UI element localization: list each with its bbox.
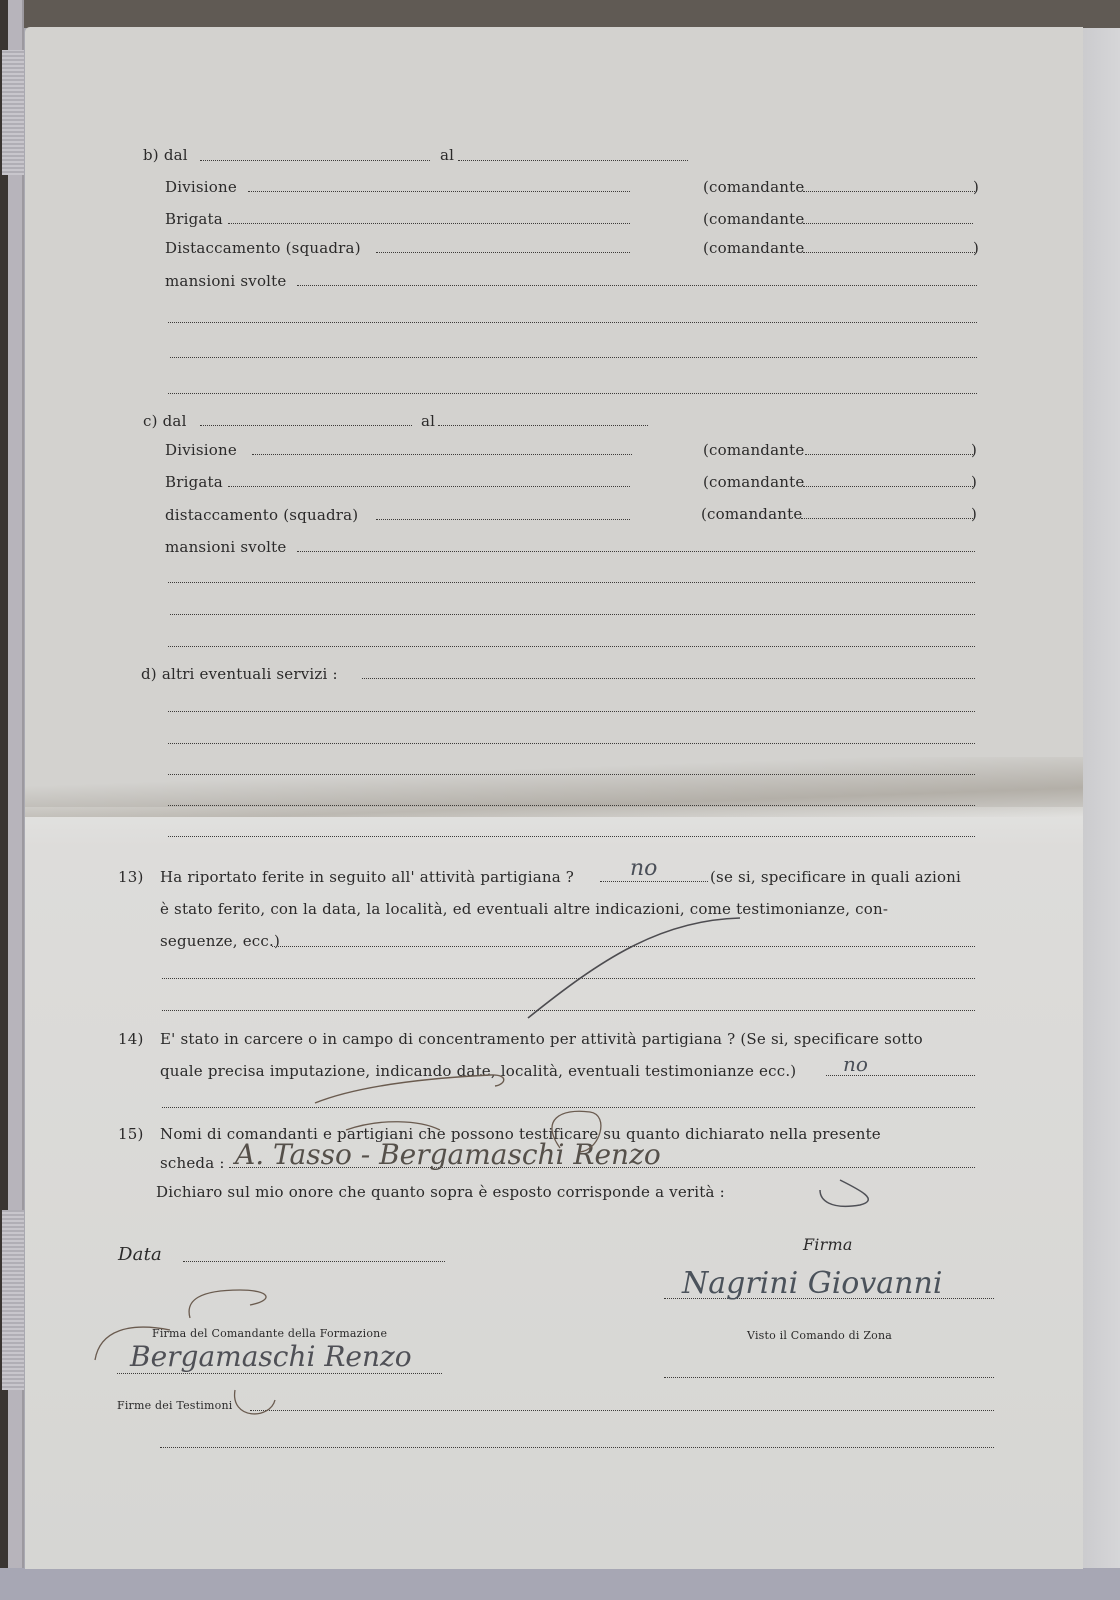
section-c-al-label: al bbox=[421, 412, 435, 430]
section-c-distaccamento-comandante-label: (comandante bbox=[701, 505, 802, 523]
section-b-al-field[interactable] bbox=[458, 160, 688, 161]
section-c-brigata-comandante-field[interactable] bbox=[803, 486, 973, 487]
section-b-divisione-field[interactable] bbox=[248, 191, 630, 192]
q14-text-line1: E' stato in carcere o in campo di concen… bbox=[160, 1030, 923, 1048]
section-c-distaccamento-label: distaccamento (squadra) bbox=[165, 506, 358, 524]
section-b-al-label: al bbox=[440, 146, 454, 164]
section-b-dal-field[interactable] bbox=[200, 160, 430, 161]
q13-details-line[interactable] bbox=[162, 1010, 975, 1011]
section-c-distaccamento-comandante-field[interactable] bbox=[801, 518, 973, 519]
close-paren: ) bbox=[971, 505, 977, 523]
section-d-line[interactable] bbox=[168, 711, 975, 712]
q13-answer-field[interactable] bbox=[600, 881, 708, 882]
q13-text-line3: seguenze, ecc.) bbox=[160, 932, 280, 950]
section-d-field[interactable] bbox=[362, 678, 975, 679]
q13-details-field[interactable] bbox=[272, 946, 975, 947]
section-c-divisione-label: Divisione bbox=[165, 441, 237, 459]
binding-tape bbox=[2, 1210, 24, 1390]
background-shadow bbox=[24, 0, 1120, 28]
section-c-mansioni-line[interactable] bbox=[168, 646, 975, 647]
section-c-mansioni-field[interactable] bbox=[297, 551, 975, 552]
firma-signature: Nagrini Giovanni bbox=[682, 1266, 942, 1301]
q13-text-line2: è stato ferito, con la data, la località… bbox=[160, 900, 888, 918]
q13-details-line[interactable] bbox=[162, 978, 975, 979]
page-fold-shadow bbox=[25, 757, 1083, 817]
q13-answer: no bbox=[630, 856, 657, 881]
section-d-line[interactable] bbox=[168, 743, 975, 744]
visto-comando-label: Visto il Comando di Zona bbox=[747, 1327, 892, 1345]
section-c-brigata-field[interactable] bbox=[228, 486, 630, 487]
firma-label: Firma bbox=[803, 1236, 853, 1254]
section-c-divisione-comandante-field[interactable] bbox=[805, 454, 973, 455]
section-b-divisione-comandante-label: (comandante bbox=[703, 178, 804, 196]
close-paren: ) bbox=[971, 441, 977, 459]
section-d-line[interactable] bbox=[168, 836, 975, 837]
q13-number: 13) bbox=[118, 868, 144, 886]
declaration-text: Dichiaro sul mio onore che quanto sopra … bbox=[156, 1183, 725, 1201]
section-c-dal-field[interactable] bbox=[200, 425, 412, 426]
visto-comando-field[interactable] bbox=[664, 1377, 994, 1378]
q14-answer: no bbox=[843, 1052, 868, 1076]
q14-number: 14) bbox=[118, 1030, 144, 1048]
section-b-mansioni-line[interactable] bbox=[170, 357, 977, 358]
section-c-divisione-comandante-label: (comandante bbox=[703, 441, 804, 459]
section-c-mansioni-label: mansioni svolte bbox=[165, 538, 286, 556]
background-surface bbox=[0, 1568, 1120, 1600]
section-b-brigata-field[interactable] bbox=[228, 223, 630, 224]
close-paren: ) bbox=[973, 178, 979, 196]
data-field[interactable] bbox=[183, 1261, 445, 1262]
close-paren: ) bbox=[973, 239, 979, 257]
section-b-mansioni-field[interactable] bbox=[297, 285, 977, 286]
q13-text-line1: Ha riportato ferite in seguito all' atti… bbox=[160, 868, 574, 886]
binding-tape bbox=[2, 50, 24, 175]
section-c-mansioni-line[interactable] bbox=[170, 614, 975, 615]
section-b-dal-label: b) dal bbox=[143, 146, 188, 164]
section-b-divisione-label: Divisione bbox=[165, 178, 237, 196]
section-c-brigata-label: Brigata bbox=[165, 473, 223, 491]
section-d-label: d) altri eventuali servizi : bbox=[141, 665, 338, 683]
section-b-distaccamento-field[interactable] bbox=[376, 252, 630, 253]
section-d-line[interactable] bbox=[168, 774, 975, 775]
section-c-brigata-comandante-label: (comandante bbox=[703, 473, 804, 491]
section-d-line[interactable] bbox=[168, 805, 975, 806]
comandante-formazione-field[interactable] bbox=[117, 1373, 442, 1374]
comandante-signature: Bergamaschi Renzo bbox=[130, 1340, 412, 1373]
q13-text-line1-cont: (se si, specificare in quali azioni bbox=[710, 868, 961, 886]
q15-number: 15) bbox=[118, 1125, 144, 1143]
section-c-mansioni-line[interactable] bbox=[168, 582, 975, 583]
section-c-distaccamento-field[interactable] bbox=[376, 519, 630, 520]
section-b-distaccamento-label: Distaccamento (squadra) bbox=[165, 239, 361, 257]
q14-text-line2: quale precisa imputazione, indicando dat… bbox=[160, 1062, 796, 1080]
section-c-dal-label: c) dal bbox=[143, 412, 187, 430]
q14-details-line[interactable] bbox=[162, 1107, 975, 1108]
testimoni-field[interactable] bbox=[250, 1410, 994, 1411]
testimoni-label: Firme dei Testimoni bbox=[117, 1397, 232, 1415]
section-b-distaccamento-comandante-field[interactable] bbox=[803, 252, 975, 253]
section-b-mansioni-line[interactable] bbox=[168, 322, 977, 323]
section-c-divisione-field[interactable] bbox=[252, 454, 632, 455]
section-b-divisione-comandante-field[interactable] bbox=[803, 191, 975, 192]
section-c-al-field[interactable] bbox=[438, 425, 648, 426]
q15-witnesses-answer: A. Tasso - Bergamaschi Renzo bbox=[235, 1138, 661, 1171]
close-paren: ) bbox=[971, 473, 977, 491]
q15-text-line2: scheda : bbox=[160, 1154, 225, 1172]
section-b-mansioni-label: mansioni svolte bbox=[165, 272, 286, 290]
section-b-distaccamento-comandante-label: (comandante bbox=[703, 239, 804, 257]
testimoni-line[interactable] bbox=[160, 1447, 994, 1448]
section-b-brigata-label: Brigata bbox=[165, 210, 223, 228]
section-b-brigata-comandante-field[interactable] bbox=[803, 223, 973, 224]
section-b-mansioni-line[interactable] bbox=[168, 393, 977, 394]
section-b-brigata-comandante-label: (comandante bbox=[703, 210, 804, 228]
data-label: Data bbox=[118, 1246, 162, 1264]
